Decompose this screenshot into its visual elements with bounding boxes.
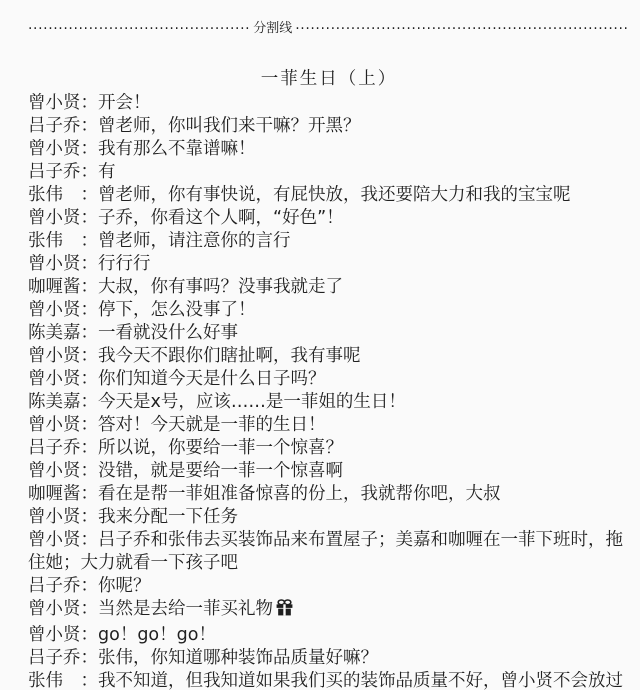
dialogue-text: 曾老师，你叫我们来干嘛？开黑？ xyxy=(98,116,361,136)
dialogue-line: 曾小贤：答对！今天就是一菲的生日！ xyxy=(28,414,630,437)
document-page: ········································… xyxy=(0,0,640,690)
speaker-name: 张伟 ： xyxy=(28,671,98,690)
divider-dots-right: ········································… xyxy=(295,20,630,38)
speaker-name: 曾小贤： xyxy=(28,254,98,274)
speaker-name: 吕子乔： xyxy=(28,116,98,136)
gift-icon xyxy=(275,598,294,624)
dialogue-line: 吕子乔：有 xyxy=(28,161,630,184)
speaker-name: 吕子乔： xyxy=(28,438,98,458)
speaker-name: 吕子乔： xyxy=(28,648,98,668)
dialogue-text: 张伟，你知道哪种装饰品质量好嘛？ xyxy=(98,648,378,668)
dialogue-text: 当然是去给一菲买礼物 xyxy=(98,599,273,619)
dialogue-line: 曾小贤：行行行 xyxy=(28,253,630,276)
dialogue-text: 一看就没什么好事 xyxy=(98,323,238,343)
dialogue-line: 曾小贤：吕子乔和张伟去买装饰品来布置屋子；美嘉和咖喱在一菲下班时，拖住她；大力就… xyxy=(28,529,630,575)
dialogue-line: 张伟 ：我不知道，但我知道如果我们买的装饰品质量不好，曾小贤不会放过 xyxy=(28,670,630,690)
dialogue-text: 大叔，你有事吗？没事我就走了 xyxy=(98,277,343,297)
speaker-name: 曾小贤： xyxy=(28,461,98,481)
dialogue-line: 吕子乔：你呢？ xyxy=(28,575,630,598)
dialogue-line: 曾小贤：停下，怎么没事了！ xyxy=(28,299,630,322)
dialogue-text: 我有那么不靠谱嘛！ xyxy=(98,139,256,159)
dialogue-text: 子乔，你看这个人啊，“好色”！ xyxy=(98,208,344,228)
dialogue-line: 曾小贤：go！go！go！ xyxy=(28,624,630,647)
speaker-name: 张伟 ： xyxy=(28,185,98,205)
speaker-name: 吕子乔： xyxy=(28,162,98,182)
speaker-name: 曾小贤： xyxy=(28,599,98,619)
dialogue-text: 答对！今天就是一菲的生日！ xyxy=(98,415,326,435)
dialogue-line: 曾小贤：你们知道今天是什么日子吗？ xyxy=(28,368,630,391)
dialogue-text: 曾老师，请注意你的言行 xyxy=(98,231,291,251)
dialogue-text: 你们知道今天是什么日子吗？ xyxy=(98,369,326,389)
speaker-name: 咖喱酱： xyxy=(28,484,98,504)
dialogue-list: 曾小贤：开会！ 吕子乔：曾老师，你叫我们来干嘛？开黑？ 曾小贤：我有那么不靠谱嘛… xyxy=(28,92,630,690)
speaker-name: 曾小贤： xyxy=(28,507,98,527)
dialogue-line: 曾小贤：子乔，你看这个人啊，“好色”！ xyxy=(28,207,630,230)
dialogue-line: 曾小贤：开会！ xyxy=(28,92,630,115)
divider-label: 分割线 xyxy=(250,20,295,38)
dialogue-text: 今天是x号，应该……是一菲姐的生日！ xyxy=(98,392,406,412)
dialogue-line: 咖喱酱：看在是帮一菲姐准备惊喜的份上，我就帮你吧，大叔 xyxy=(28,483,630,506)
speaker-name: 曾小贤： xyxy=(28,369,98,389)
dialogue-line: 曾小贤：当然是去给一菲买礼物 xyxy=(28,598,630,624)
dialogue-text: 停下，怎么没事了！ xyxy=(98,300,256,320)
dialogue-line: 曾小贤：我今天不跟你们瞎扯啊，我有事呢 xyxy=(28,345,630,368)
dialogue-text: 吕子乔和张伟去买装饰品来布置屋子；美嘉和咖喱在一菲下班时，拖住她；大力就看一下孩… xyxy=(28,530,623,573)
dialogue-text: 你呢？ xyxy=(98,576,151,596)
dialogue-text: 曾老师，你有事快说，有屁快放，我还要陪大力和我的宝宝呢 xyxy=(98,185,571,205)
speaker-name: 张伟 ： xyxy=(28,231,98,251)
divider-dots-left: ········································… xyxy=(28,20,250,38)
dialogue-text: 我今天不跟你们瞎扯啊，我有事呢 xyxy=(98,346,361,366)
dialogue-text: 有 xyxy=(98,162,116,182)
dialogue-text: 开会！ xyxy=(98,93,151,113)
dialogue-line: 张伟 ：曾老师，请注意你的言行 xyxy=(28,230,630,253)
page-title: 一菲生日（上） xyxy=(28,68,630,90)
speaker-name: 吕子乔： xyxy=(28,576,98,596)
speaker-name: 曾小贤： xyxy=(28,625,98,645)
dialogue-text: 我不知道，但我知道如果我们买的装饰品质量不好，曾小贤不会放过 xyxy=(98,671,623,690)
dialogue-line: 张伟 ：曾老师，你有事快说，有屁快放，我还要陪大力和我的宝宝呢 xyxy=(28,184,630,207)
dialogue-line: 吕子乔：曾老师，你叫我们来干嘛？开黑？ xyxy=(28,115,630,138)
dialogue-line: 曾小贤：我来分配一下任务 xyxy=(28,506,630,529)
dialogue-line: 陈美嘉：今天是x号，应该……是一菲姐的生日！ xyxy=(28,391,630,414)
dialogue-text: 行行行 xyxy=(98,254,151,274)
speaker-name: 曾小贤： xyxy=(28,530,98,550)
dialogue-line: 咖喱酱：大叔，你有事吗？没事我就走了 xyxy=(28,276,630,299)
speaker-name: 陈美嘉： xyxy=(28,392,98,412)
dialogue-text: 看在是帮一菲姐准备惊喜的份上，我就帮你吧，大叔 xyxy=(98,484,501,504)
speaker-name: 曾小贤： xyxy=(28,93,98,113)
speaker-name: 曾小贤： xyxy=(28,415,98,435)
speaker-name: 曾小贤： xyxy=(28,139,98,159)
dialogue-text: 所以说，你要给一菲一个惊喜？ xyxy=(98,438,343,458)
speaker-name: 曾小贤： xyxy=(28,208,98,228)
dialogue-text: 我来分配一下任务 xyxy=(98,507,238,527)
speaker-name: 曾小贤： xyxy=(28,346,98,366)
dialogue-text: go！go！go！ xyxy=(98,625,216,645)
speaker-name: 陈美嘉： xyxy=(28,323,98,343)
dialogue-line: 陈美嘉：一看就没什么好事 xyxy=(28,322,630,345)
dialogue-line: 吕子乔：所以说，你要给一菲一个惊喜？ xyxy=(28,437,630,460)
section-divider: ········································… xyxy=(28,20,630,38)
speaker-name: 咖喱酱： xyxy=(28,277,98,297)
dialogue-line: 吕子乔：张伟，你知道哪种装饰品质量好嘛？ xyxy=(28,647,630,670)
dialogue-line: 曾小贤：没错，就是要给一菲一个惊喜啊 xyxy=(28,460,630,483)
dialogue-text: 没错，就是要给一菲一个惊喜啊 xyxy=(98,461,343,481)
dialogue-line: 曾小贤：我有那么不靠谱嘛！ xyxy=(28,138,630,161)
speaker-name: 曾小贤： xyxy=(28,300,98,320)
